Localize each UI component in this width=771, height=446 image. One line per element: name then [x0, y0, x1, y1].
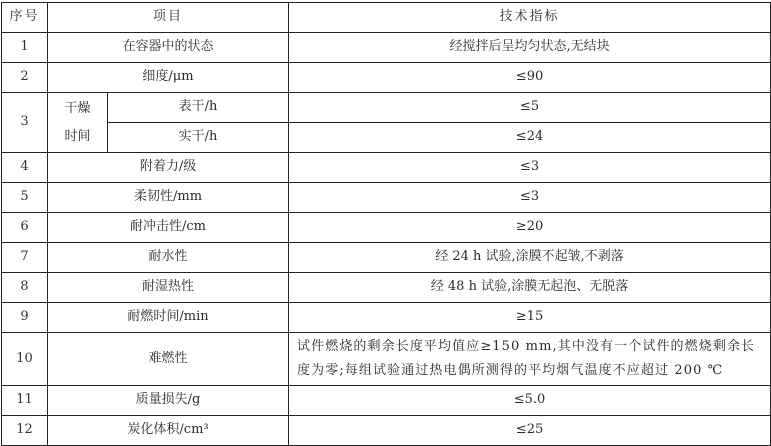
row-index: 3 — [2, 93, 48, 153]
row-spec: ≤3 — [289, 183, 771, 213]
row-subitem: 表干/h — [108, 93, 289, 123]
row-spec: 试件燃烧的剩余长度平均值应≥150 mm,其中没有一个试件的燃烧剩余长度为零;每… — [289, 333, 771, 386]
table-row: 3 干燥 时间 表干/h ≤5 — [2, 93, 771, 123]
row-index: 1 — [2, 33, 48, 63]
table-row: 8 耐湿热性 经 48 h 试验,涂膜无起泡、无脱落 — [2, 273, 771, 303]
row-index: 6 — [2, 213, 48, 243]
row-spec: 经搅拌后呈均匀状态,无结块 — [289, 33, 771, 63]
row-item: 细度/μm — [48, 63, 289, 93]
table-row: 5 柔韧性/mm ≤3 — [2, 183, 771, 213]
table-row: 1 在容器中的状态 经搅拌后呈均匀状态,无结块 — [2, 33, 771, 63]
row-spec: 经 48 h 试验,涂膜无起泡、无脱落 — [289, 273, 771, 303]
row-spec: ≤3 — [289, 153, 771, 183]
group-label-line2: 时间 — [48, 123, 107, 151]
row-item: 在容器中的状态 — [48, 33, 289, 63]
row-index: 11 — [2, 386, 48, 416]
row-item: 难燃性 — [48, 333, 289, 386]
table-row: 4 附着力/级 ≤3 — [2, 153, 771, 183]
row-spec: ≤5 — [289, 93, 771, 123]
row-index: 4 — [2, 153, 48, 183]
table-subrow: 实干/h ≤24 — [2, 123, 771, 153]
row-index: 10 — [2, 333, 48, 386]
technical-spec-table: 序号 项目 技术指标 1 在容器中的状态 经搅拌后呈均匀状态,无结块 2 细度/… — [1, 2, 771, 446]
row-spec: ≤25 — [289, 416, 771, 446]
row-item: 耐冲击性/cm — [48, 213, 289, 243]
row-spec: ≤90 — [289, 63, 771, 93]
header-row: 序号 项目 技术指标 — [2, 3, 771, 33]
row-index: 12 — [2, 416, 48, 446]
row-group-label: 干燥 时间 — [48, 93, 108, 153]
header-index: 序号 — [2, 3, 48, 33]
row-item: 耐水性 — [48, 243, 289, 273]
row-spec: ≤24 — [289, 123, 771, 153]
table-row: 11 质量损失/g ≤5.0 — [2, 386, 771, 416]
row-index: 9 — [2, 303, 48, 333]
row-item: 附着力/级 — [48, 153, 289, 183]
row-subitem: 实干/h — [108, 123, 289, 153]
row-spec: ≥20 — [289, 213, 771, 243]
table-row: 9 耐燃时间/min ≥15 — [2, 303, 771, 333]
header-spec: 技术指标 — [289, 3, 771, 33]
row-item: 耐湿热性 — [48, 273, 289, 303]
row-index: 5 — [2, 183, 48, 213]
row-item: 耐燃时间/min — [48, 303, 289, 333]
row-spec: 经 24 h 试验,涂膜不起皱,不剥落 — [289, 243, 771, 273]
table-row: 2 细度/μm ≤90 — [2, 63, 771, 93]
row-item: 炭化体积/cm³ — [48, 416, 289, 446]
row-index: 2 — [2, 63, 48, 93]
row-spec: ≤5.0 — [289, 386, 771, 416]
row-spec: ≥15 — [289, 303, 771, 333]
table-row: 7 耐水性 经 24 h 试验,涂膜不起皱,不剥落 — [2, 243, 771, 273]
table-row: 10 难燃性 试件燃烧的剩余长度平均值应≥150 mm,其中没有一个试件的燃烧剩… — [2, 333, 771, 386]
table-row: 6 耐冲击性/cm ≥20 — [2, 213, 771, 243]
header-item: 项目 — [48, 3, 289, 33]
table-row: 12 炭化体积/cm³ ≤25 — [2, 416, 771, 446]
row-item: 柔韧性/mm — [48, 183, 289, 213]
row-index: 8 — [2, 273, 48, 303]
row-index: 7 — [2, 243, 48, 273]
group-label-line1: 干燥 — [48, 95, 107, 123]
row-item: 质量损失/g — [48, 386, 289, 416]
